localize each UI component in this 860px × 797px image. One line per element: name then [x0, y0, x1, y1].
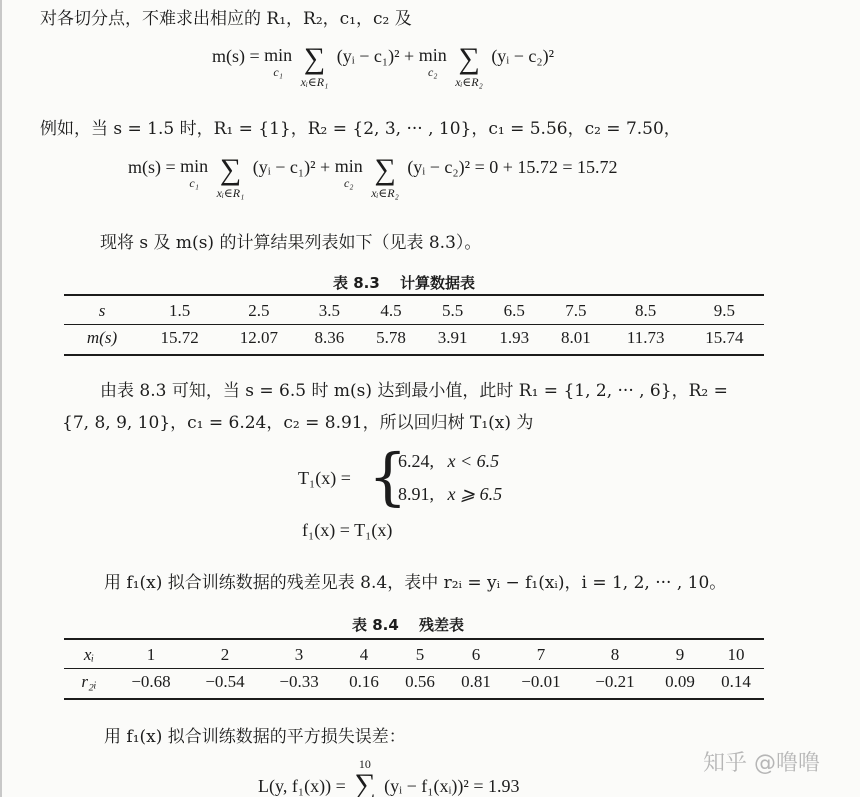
paragraph-example: 例如，当 s = 1.5 时，R₁ = {1}，R₂ = {2, 3, ··· … [40, 114, 681, 139]
sum-operator: ∑xᵢ∈R₁ [301, 46, 329, 88]
equation-m-s: m(s) = minc₁ ∑xᵢ∈R₁ (yᵢ − c₁)² + minc₂ ∑… [212, 46, 554, 88]
sum-operator: ∑xᵢ∈R₂ [455, 46, 483, 88]
table-row: xᵢ 1 2 3 4 5 6 7 8 9 10 [64, 641, 764, 668]
equation-loss: L(y, f₁(x)) = 10∑ (yᵢ − f₁(xᵢ))² = 1.93 [258, 758, 519, 797]
paragraph-residuals: 用 f₁(x) 拟合训练数据的残差见表 8.4，表中 r₂ᵢ = yᵢ − f₁… [104, 568, 726, 593]
sum-operator: ∑xᵢ∈R₁ [217, 157, 245, 199]
table-row: s 1.5 2.5 3.5 4.5 5.5 6.5 7.5 8.5 9.5 [64, 297, 764, 324]
paragraph-minimum-line2: {7, 8, 9, 10}，c₁ = 6.24，c₂ = 8.91，所以回归树 … [62, 408, 533, 433]
min-operator: minc₁ [180, 157, 208, 189]
table-bottom-rule [64, 354, 764, 356]
table-top-rule [64, 638, 764, 640]
equation-t1-lhs: T₁(x) = [298, 468, 351, 489]
sum-operator: 10∑ [354, 758, 375, 797]
zhihu-watermark: 知乎 @噜噜 [703, 746, 820, 777]
table-8-3: s 1.5 2.5 3.5 4.5 5.5 6.5 7.5 8.5 9.5 m(… [64, 297, 764, 351]
table-top-rule [64, 294, 764, 296]
paragraph-loss: 用 f₁(x) 拟合训练数据的平方损失误差： [104, 722, 406, 747]
paragraph-cutpoints: 对各切分点，不难求出相应的 R₁，R₂，c₁，c₂ 及 [40, 4, 412, 29]
equation-f1: f₁(x) = T₁(x) [302, 520, 392, 541]
min-operator: minc₂ [419, 46, 447, 78]
table-8-4-caption: 表 8.4 残差表 [352, 614, 464, 635]
table-8-4: xᵢ 1 2 3 4 5 6 7 8 9 10 r₂ᵢ −0.68 −0.54 … [64, 641, 764, 695]
page-left-border [0, 0, 2, 797]
sum-operator: ∑xᵢ∈R₂ [371, 157, 399, 199]
table-row: r₂ᵢ −0.68 −0.54 −0.33 0.16 0.56 0.81 −0.… [64, 668, 764, 695]
table-row: m(s) 15.72 12.07 8.36 5.78 3.91 1.93 8.0… [64, 324, 764, 351]
min-operator: minc₁ [264, 46, 292, 78]
min-operator: minc₂ [335, 157, 363, 189]
table-bottom-rule [64, 698, 764, 700]
case-2: 8.91, x ⩾ 6.5 [398, 484, 502, 505]
equation-m-s-example: m(s) = minc₁ ∑xᵢ∈R₁ (yᵢ − c₁)² + minc₂ ∑… [128, 157, 618, 199]
paragraph-table-intro: 现将 s 及 m(s) 的计算结果列表如下（见表 8.3）。 [100, 228, 481, 253]
paragraph-minimum-line1: 由表 8.3 可知，当 s = 6.5 时 m(s) 达到最小值，此时 R₁ =… [100, 376, 728, 401]
table-8-3-caption: 表 8.3 计算数据表 [333, 272, 475, 293]
case-1: 6.24, x < 6.5 [398, 451, 499, 472]
